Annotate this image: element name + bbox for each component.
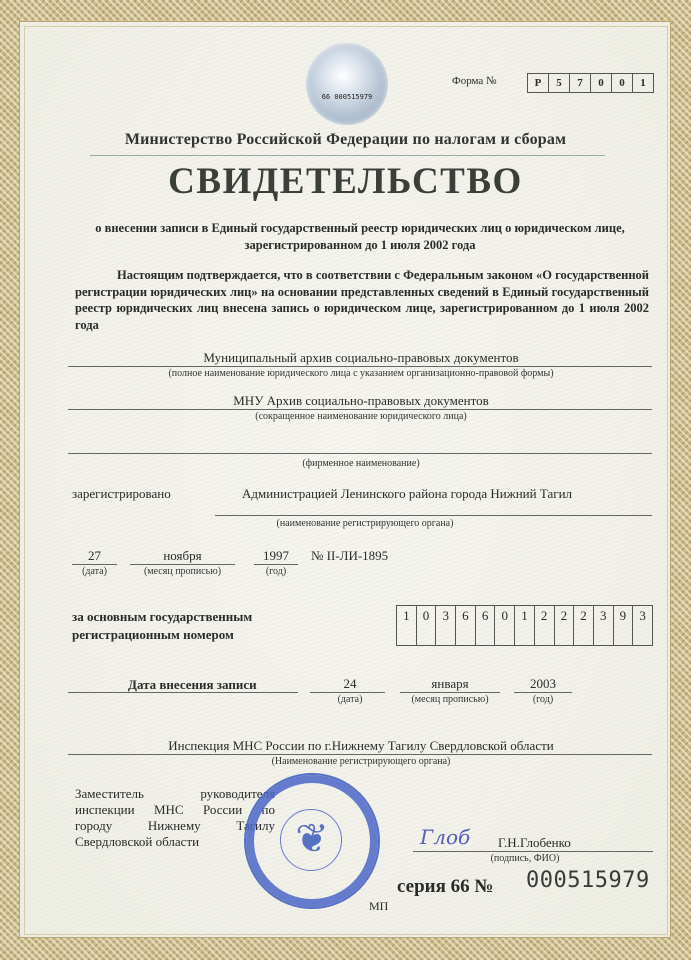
field-line	[514, 692, 572, 693]
registered-label: зарегистрировано	[72, 486, 171, 502]
ogrn-digit: 0	[495, 606, 515, 645]
form-code-cell: Р	[528, 74, 549, 92]
entity-full-name-caption: (полное наименование юридического лица с…	[70, 368, 652, 379]
signatory-position-line: Заместитель руководителя	[75, 786, 275, 802]
ogrn-digit: 9	[614, 606, 634, 645]
registration-year: 1997	[254, 548, 298, 564]
ogrn-label-line2: регистрационным номером	[72, 627, 234, 643]
registration-month: ноября	[130, 548, 235, 564]
form-code-cell: 0	[591, 74, 612, 92]
ogrn-digit: 3	[436, 606, 456, 645]
form-code-cell: 0	[612, 74, 633, 92]
handwritten-signature: Глоб	[420, 825, 470, 849]
registering-authority: Администрацией Ленинского района города …	[220, 486, 674, 502]
field-line	[130, 564, 235, 565]
ogrn-digit: 6	[456, 606, 476, 645]
registration-year-caption: (год)	[254, 566, 298, 577]
form-code-cell: 7	[570, 74, 591, 92]
registration-day: 27	[72, 548, 117, 564]
ministry-heading: Министерство Российской Федерации по нал…	[0, 131, 691, 149]
field-line	[68, 409, 652, 410]
field-line	[68, 453, 652, 454]
field-line	[254, 564, 298, 565]
document-subtitle: о внесении записи в Единый государственн…	[60, 220, 660, 254]
ogrn-digit: 1	[515, 606, 535, 645]
ogrn-digit: 2	[555, 606, 575, 645]
signatory-name: Г.Н.Глобенко	[498, 835, 571, 851]
field-line	[215, 515, 652, 516]
signatory-position-line: инспекции МНС России по	[75, 802, 275, 818]
hologram-number: 66 000515979	[306, 93, 388, 101]
entity-short-name: МНУ Архив социально-правовых документов	[70, 393, 652, 409]
registration-day-caption: (дата)	[72, 566, 117, 577]
entity-full-name: Муниципальный архив социально-правовых д…	[70, 350, 652, 366]
field-line	[310, 692, 385, 693]
ogrn-digit: 0	[417, 606, 437, 645]
form-label: Форма №	[452, 75, 497, 87]
entry-day: 24	[325, 676, 375, 692]
double-headed-eagle-icon: ❦	[290, 815, 334, 863]
form-code-box: Р 5 7 0 0 1	[527, 73, 654, 93]
official-seal: ❦	[244, 773, 380, 909]
ogrn-number-box: 1 0 3 6 6 0 1 2 2 2 3 9 3	[396, 605, 653, 646]
ogrn-digit: 3	[633, 606, 652, 645]
field-line	[68, 754, 652, 755]
form-code-cell: 5	[549, 74, 570, 92]
certificate-page: 66 000515979 Форма № Р 5 7 0 0 1 Министе…	[0, 0, 691, 960]
document-title: СВИДЕТЕЛЬСТВО	[0, 160, 691, 203]
ogrn-digit: 6	[476, 606, 496, 645]
field-line	[400, 692, 500, 693]
ogrn-digit: 2	[574, 606, 594, 645]
ministry-underline	[90, 155, 605, 156]
entry-year-caption: (год)	[514, 694, 572, 705]
field-line	[72, 564, 117, 565]
entry-year: 2003	[514, 676, 572, 692]
series-number: 000515979	[526, 868, 650, 893]
field-line	[68, 366, 652, 367]
entry-month: января	[400, 676, 500, 692]
hologram-sticker: 66 000515979	[306, 43, 388, 125]
entity-short-name-caption: (сокращенное наименование юридического л…	[70, 411, 652, 422]
series-label: серия 66 №	[397, 876, 493, 898]
inspection-caption: (Наименование регистрирующего органа)	[70, 756, 652, 767]
certification-paragraph: Настоящим подтверждается, что в соответс…	[75, 267, 649, 333]
field-line	[413, 851, 653, 852]
ogrn-digit: 1	[397, 606, 417, 645]
registering-authority-caption: (наименование регистрирующего органа)	[215, 518, 515, 529]
ogrn-digit: 3	[594, 606, 614, 645]
entry-date-label: Дата внесения записи	[128, 677, 257, 693]
form-code-cell: 1	[633, 74, 653, 92]
entity-firm-name-caption: (фирменное наименование)	[70, 458, 652, 469]
entry-month-caption: (месяц прописью)	[400, 694, 500, 705]
signature-caption: (подпись, ФИО)	[470, 853, 580, 864]
ogrn-label-line1: за основным государственным	[72, 609, 252, 625]
inspection-name: Инспекция МНС России по г.Нижнему Тагилу…	[70, 738, 652, 754]
ogrn-digit: 2	[535, 606, 555, 645]
stamp-place-label: МП	[369, 899, 388, 914]
registration-number: № II-ЛИ-1895	[311, 548, 388, 564]
entry-day-caption: (дата)	[325, 694, 375, 705]
registration-month-caption: (месяц прописью)	[130, 566, 235, 577]
